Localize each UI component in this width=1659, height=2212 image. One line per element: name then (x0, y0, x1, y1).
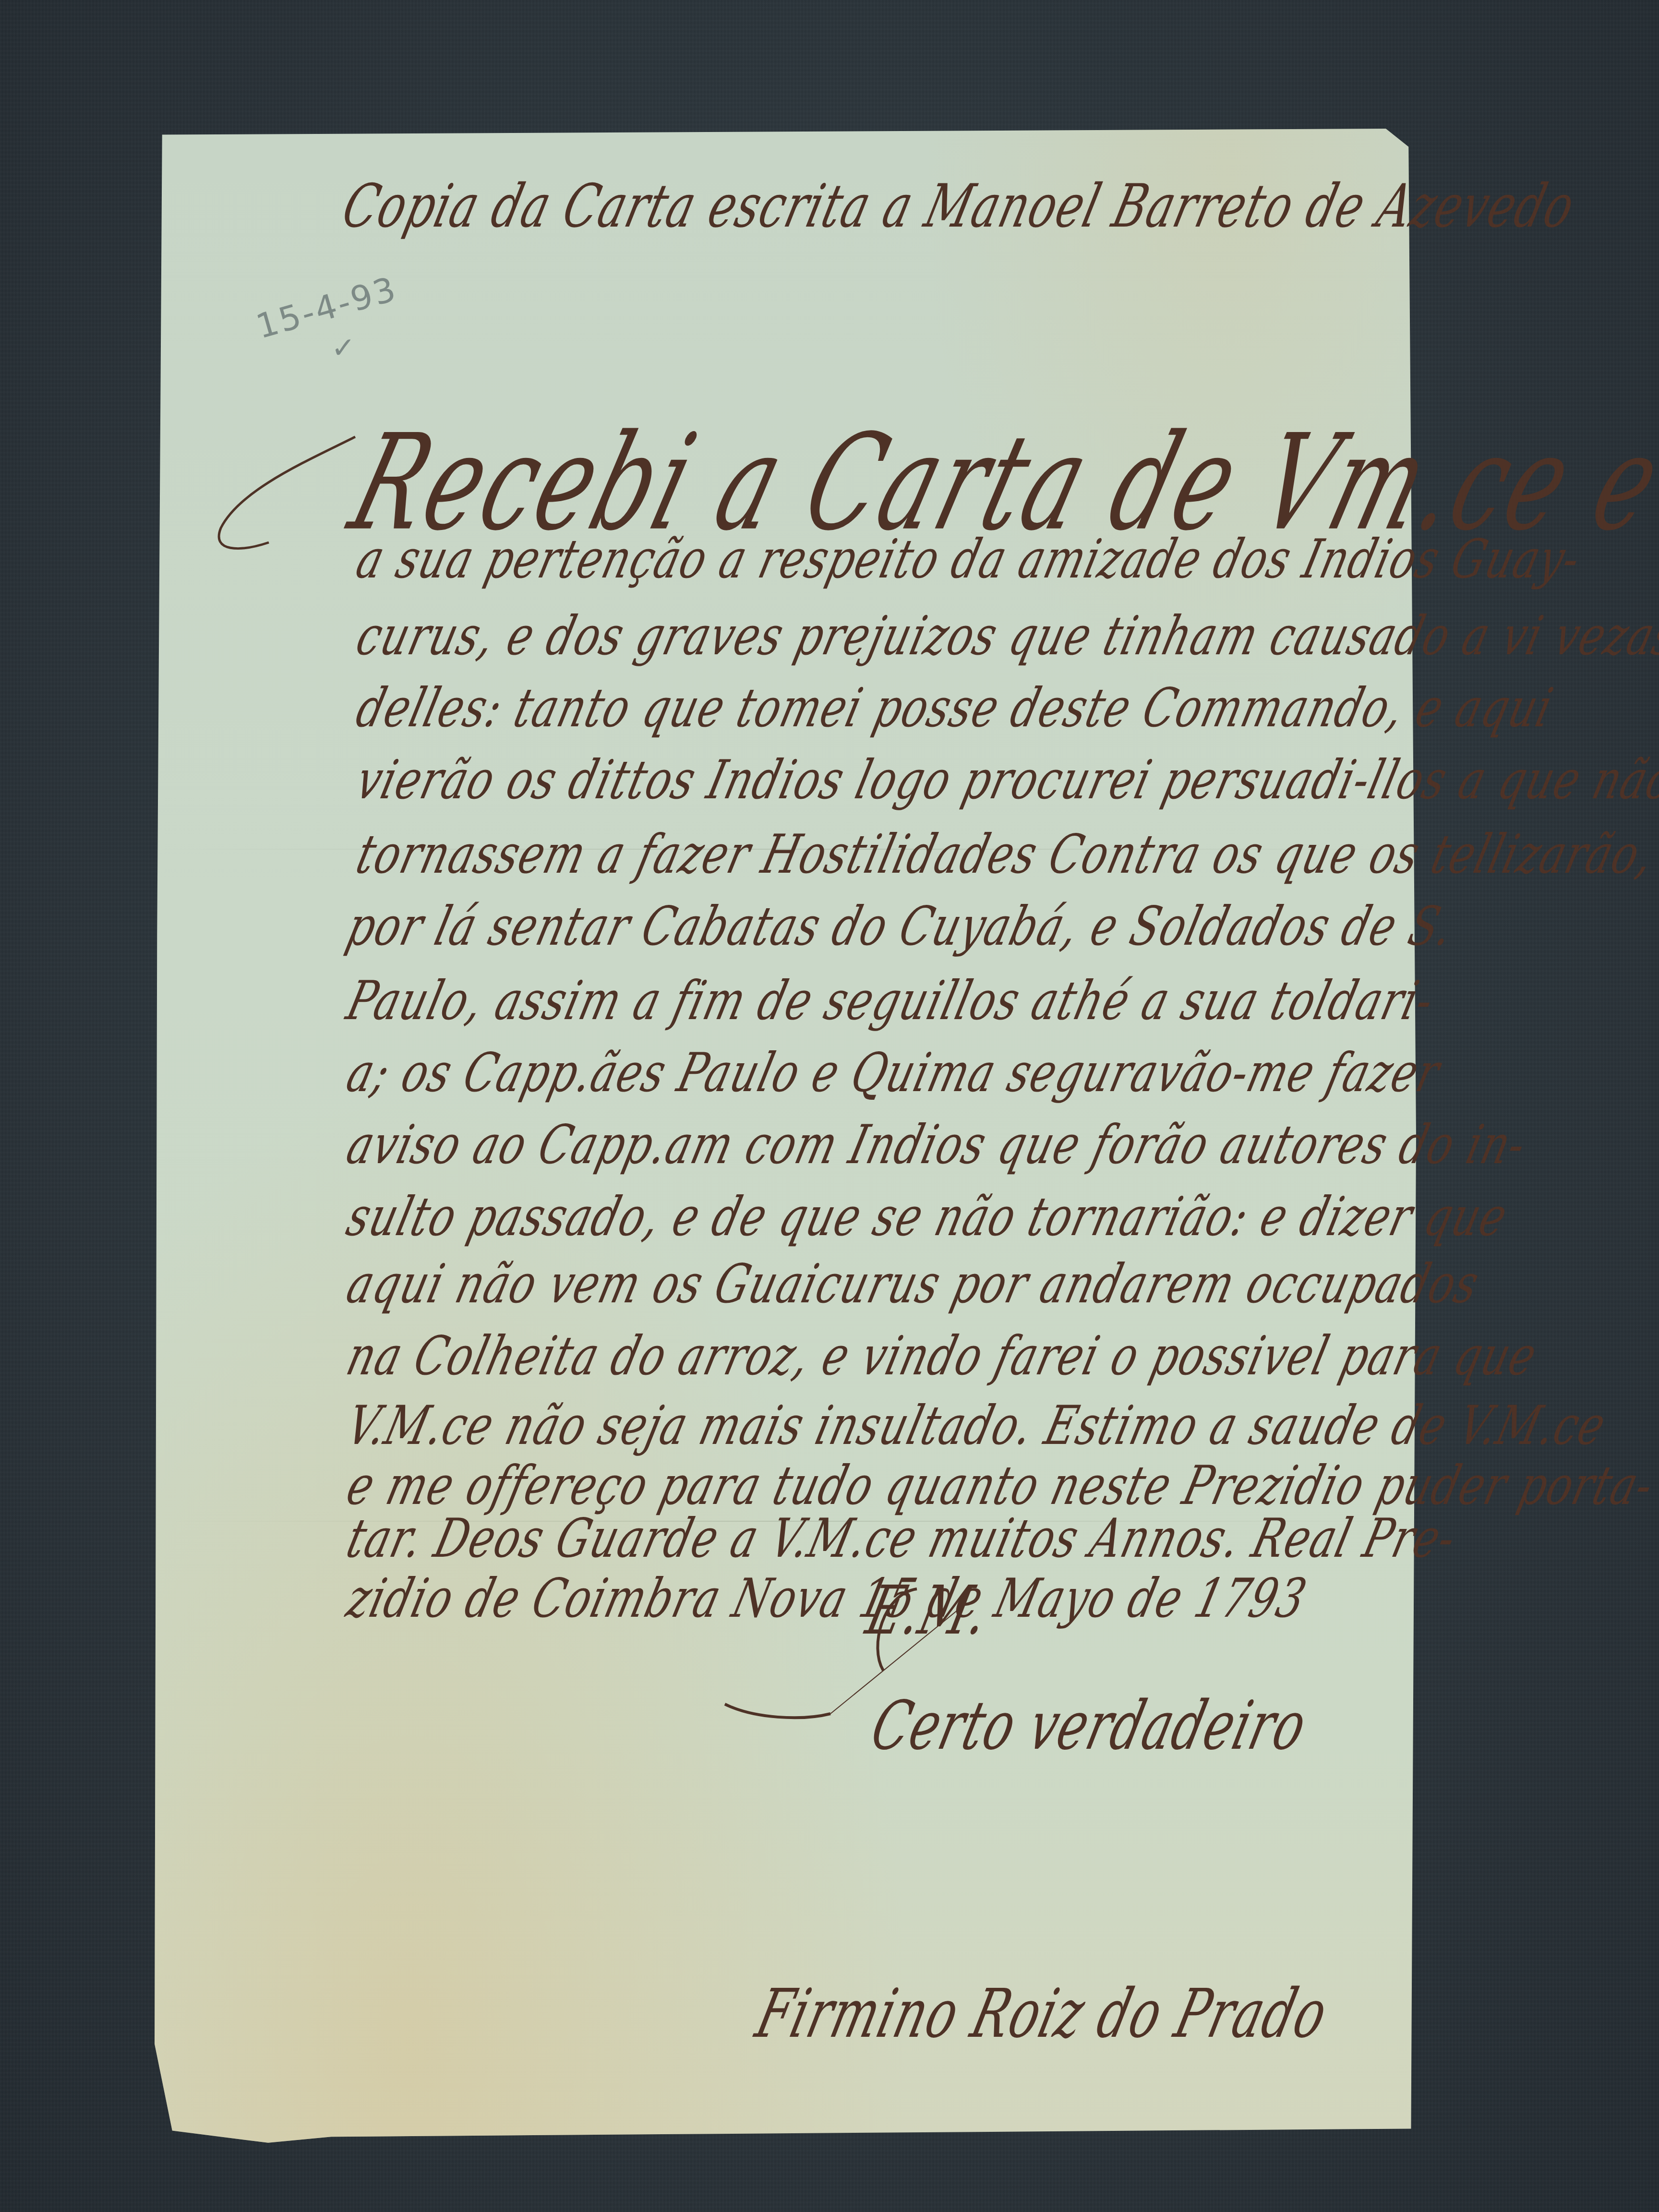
letter-line: vierão os dittos Indios logo procurei pe… (350, 749, 1659, 811)
letter-line: sulto passado, e de que se não tornarião… (341, 1186, 1514, 1248)
letter-line: a; os Capp.ães Paulo e Quima seguravão-m… (341, 1042, 1446, 1104)
document-heading: Copia da Carta escrita a Manoel Barreto … (336, 172, 1582, 241)
closing-mark: E.M. (859, 1571, 998, 1650)
letter-line: Paulo, assim a fim de seguillos athé a s… (341, 970, 1440, 1032)
letter-line: V.M.ce não seja mais insultado. Estimo a… (341, 1395, 1612, 1457)
letter-line: aviso ao Capp.am com Indios que forão au… (341, 1114, 1532, 1176)
checkmark-icon: ✓ (331, 331, 355, 365)
letter-line: por lá sentar Cabatas do Cuyabá, e Solda… (341, 895, 1460, 958)
signature: Firmino Roiz do Prado (749, 1974, 1335, 2053)
letter-line: curus, e dos graves prejuizos que tinham… (350, 605, 1659, 667)
attestation-text: Certo verdadeiro (864, 1686, 1315, 1765)
letter-line: na Colheita do arroz, e vindo farei o po… (341, 1325, 1543, 1387)
letter-line: tornassem a fazer Hostilidades Contra os… (350, 823, 1659, 886)
letter-line: aqui não vem os Guaicurus por andarem oc… (341, 1253, 1486, 1315)
letter-line: delles: tanto que tomei posse deste Comm… (350, 677, 1559, 739)
letter-line: a sua pertenção a respeito da amizade do… (350, 528, 1587, 590)
letter-line: tar. Deos Guarde a V.M.ce muitos Annos. … (341, 1507, 1463, 1570)
